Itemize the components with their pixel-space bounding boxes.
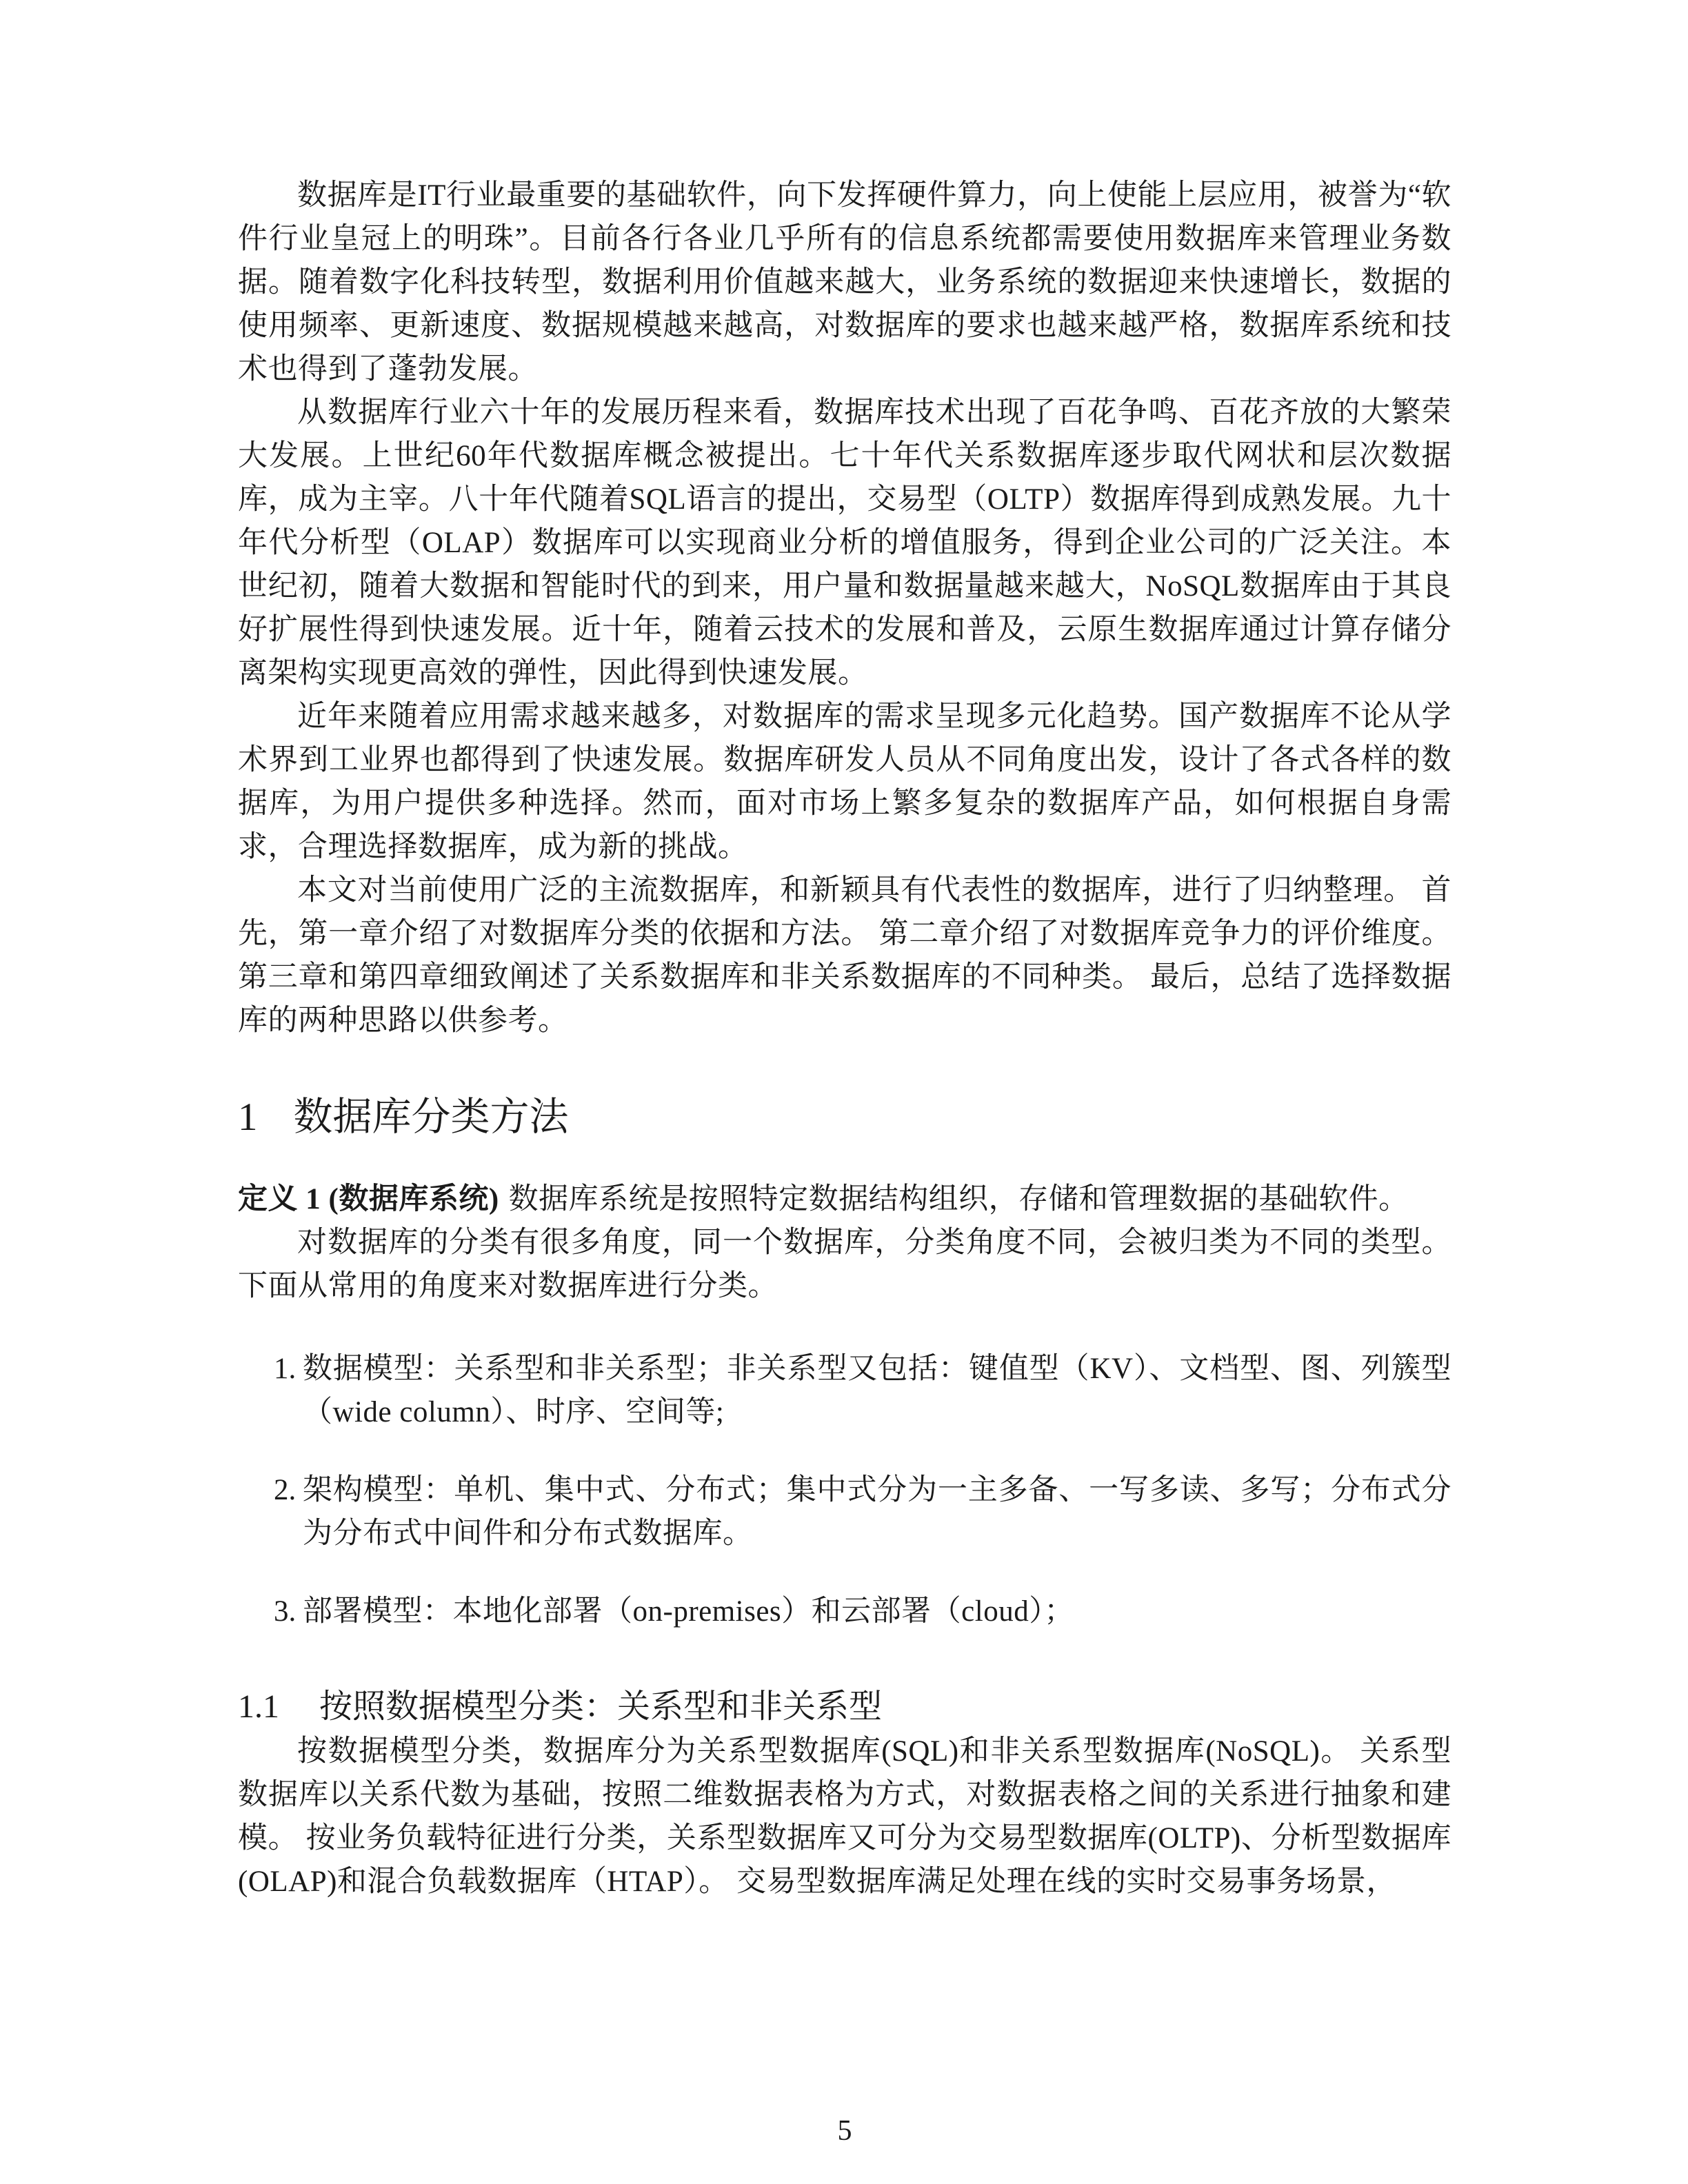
definition-database-system: 定义 1 (数据库系统)数据库系统是按照特定数据结构组织，存储和管理数据的基础软… [238, 1177, 1451, 1221]
section-1-number: 1 [238, 1095, 258, 1139]
section-1-1-title: 按照数据模型分类：关系型和非关系型 [319, 1688, 882, 1725]
paragraph-database-history: 从数据库行业六十年的发展历程来看，数据库技术出现了百花争鸣、百花齐放的大繁荣大发… [238, 391, 1451, 695]
list-item-architecture-model: 2. 架构模型：单机、集中式、分布式；集中式分为一主多备、一写多读、多写；分布式… [238, 1468, 1451, 1555]
paragraph-database-diversification: 近年来随着应用需求越来越多，对数据库的需求呈现多元化趋势。国产数据库不论从学术界… [238, 695, 1451, 869]
page-content: 数据库是IT行业最重要的基础软件，向下发挥硬件算力，向上使能上层应用，被誉为“软… [238, 174, 1451, 1903]
classification-list: 1. 数据模型：关系型和非关系型；非关系型又包括：键值型（KV）、文档型、图、列… [238, 1347, 1451, 1633]
list-item-text: 部署模型：本地化部署（on-premises）和云部署（cloud）； [303, 1590, 1451, 1633]
section-1-title: 数据库分类方法 [294, 1095, 569, 1139]
paragraph-document-overview: 本文对当前使用广泛的主流数据库，和新颖具有代表性的数据库，进行了归纳整理。 首先… [238, 869, 1451, 1042]
list-item-number: 3. [274, 1590, 303, 1633]
list-item-number: 2. [274, 1468, 303, 1555]
page-number: 5 [238, 2114, 1451, 2148]
document-page: 数据库是IT行业最重要的基础软件，向下发挥硬件算力，向上使能上层应用，被誉为“软… [0, 0, 1688, 2184]
paragraph-database-importance: 数据库是IT行业最重要的基础软件，向下发挥硬件算力，向上使能上层应用，被誉为“软… [238, 174, 1451, 391]
section-1-heading: 1数据库分类方法 [238, 1091, 1451, 1144]
list-item-text: 架构模型：单机、集中式、分布式；集中式分为一主多备、一写多读、多写；分布式分为分… [303, 1468, 1451, 1555]
list-item-text: 数据模型：关系型和非关系型；非关系型又包括：键值型（KV）、文档型、图、列簇型（… [303, 1347, 1451, 1434]
list-item-deployment-model: 3. 部署模型：本地化部署（on-premises）和云部署（cloud）； [238, 1590, 1451, 1633]
list-item-data-model: 1. 数据模型：关系型和非关系型；非关系型又包括：键值型（KV）、文档型、图、列… [238, 1347, 1451, 1434]
section-1-1-number: 1.1 [238, 1688, 279, 1725]
paragraph-data-model-classification: 按数据模型分类，数据库分为关系型数据库(SQL)和非关系型数据库(NoSQL)。… [238, 1730, 1451, 1903]
paragraph-classification-intro: 对数据库的分类有很多角度，同一个数据库，分类角度不同，会被归类为不同的类型。下面… [238, 1221, 1451, 1308]
definition-body: 数据库系统是按照特定数据结构组织，存储和管理数据的基础软件。 [509, 1183, 1409, 1215]
definition-label: 定义 1 (数据库系统) [238, 1183, 499, 1215]
list-item-number: 1. [274, 1347, 303, 1434]
section-1-1-heading: 1.1按照数据模型分类：关系型和非关系型 [238, 1684, 1451, 1730]
